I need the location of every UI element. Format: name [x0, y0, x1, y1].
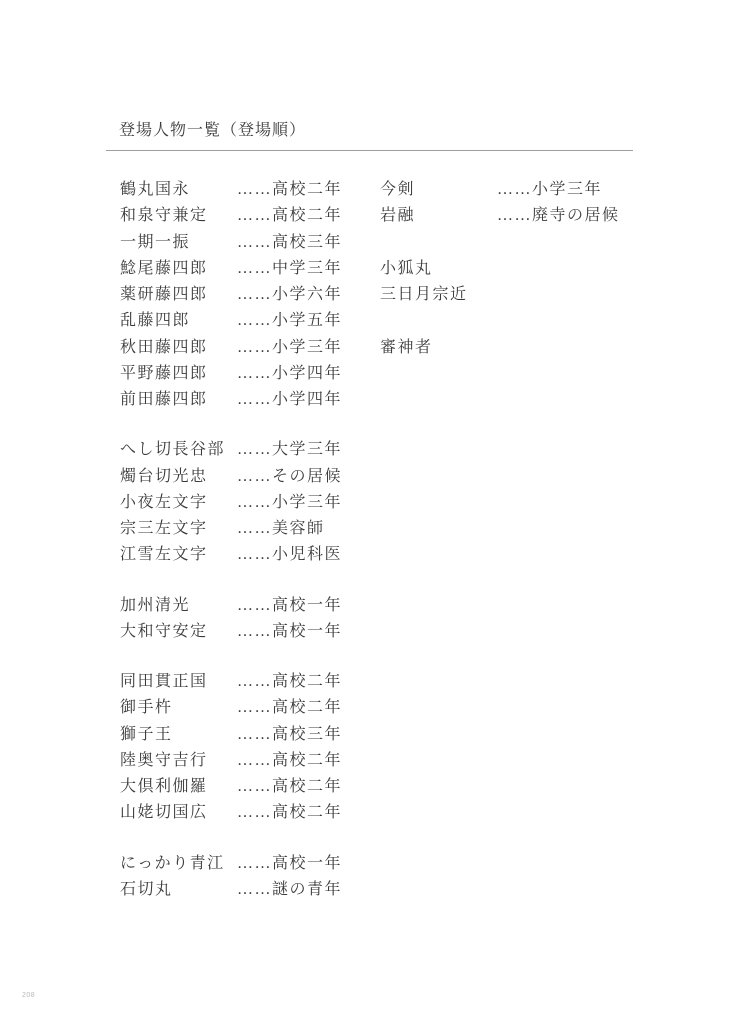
character-row: 大和守安定……高校一年: [120, 619, 370, 645]
character-name: 江雪左文字: [120, 542, 237, 568]
character-row: 平野藤四郎……小学四年: [120, 361, 370, 387]
character-role: ……高校二年: [237, 695, 342, 721]
character-name: 和泉守兼定: [120, 203, 237, 229]
character-row: 江雪左文字……小児科医: [120, 542, 370, 568]
character-role: ……高校二年: [237, 177, 342, 203]
character-role: ……高校二年: [237, 800, 342, 826]
character-role: ……高校二年: [237, 669, 342, 695]
character-name: 同田貫正国: [120, 669, 237, 695]
character-name: 前田藤四郎: [120, 387, 237, 413]
character-row: 薬研藤四郎……小学六年: [120, 282, 370, 308]
character-group: へし切長谷部……大学三年燭台切光忠……その居候小夜左文字……小学三年宗三左文字……: [120, 437, 370, 568]
character-row: 三日月宗近: [380, 282, 630, 308]
character-row: 小狐丸: [380, 256, 630, 282]
character-group: 鶴丸国永……高校二年和泉守兼定……高校二年一期一振……高校三年鯰尾藤四郎……中学…: [120, 177, 370, 413]
character-name: 審神者: [380, 335, 497, 361]
character-name: 小狐丸: [380, 256, 497, 282]
character-row: 大倶利伽羅……高校二年: [120, 774, 370, 800]
character-group: 同田貫正国……高校二年御手杵……高校二年獅子王……高校三年陸奥守吉行……高校二年…: [120, 669, 370, 827]
character-name: 岩融: [380, 203, 497, 229]
character-role: ……美容師: [237, 516, 325, 542]
character-role: ……小学三年: [497, 177, 602, 203]
character-role: ……高校一年: [237, 619, 342, 645]
character-row: 加州清光……高校一年: [120, 593, 370, 619]
character-role: ……高校二年: [237, 203, 342, 229]
row-spacer: [380, 230, 630, 256]
page-number: 208: [22, 992, 35, 999]
character-name: 獅子王: [120, 722, 237, 748]
character-name: 燭台切光忠: [120, 464, 237, 490]
character-row: 宗三左文字……美容師: [120, 516, 370, 542]
character-row: 秋田藤四郎……小学三年: [120, 335, 370, 361]
character-name: 今剣: [380, 177, 497, 203]
character-column-left: 鶴丸国永……高校二年和泉守兼定……高校二年一期一振……高校三年鯰尾藤四郎……中学…: [120, 177, 370, 903]
character-name: 小夜左文字: [120, 490, 237, 516]
character-role: ……高校三年: [237, 230, 342, 256]
character-name: 一期一振: [120, 230, 237, 256]
character-row: 石切丸……謎の青年: [120, 877, 370, 903]
character-row: 審神者: [380, 335, 630, 361]
character-role: ……小学四年: [237, 387, 342, 413]
character-name: 秋田藤四郎: [120, 335, 237, 361]
character-row: 同田貫正国……高校二年: [120, 669, 370, 695]
character-name: 山姥切国広: [120, 800, 237, 826]
character-group: にっかり青江……高校一年石切丸……謎の青年: [120, 851, 370, 904]
character-name: 三日月宗近: [380, 282, 497, 308]
character-role: ……小学四年: [237, 361, 342, 387]
page-title: 登場人物一覧（登場順）: [119, 121, 306, 141]
character-row: 乱藤四郎……小学五年: [120, 308, 370, 334]
character-role: ……廃寺の居候: [497, 203, 620, 229]
character-role: ……高校一年: [237, 593, 342, 619]
character-role: ……小学五年: [237, 308, 342, 334]
character-row: 獅子王……高校三年: [120, 722, 370, 748]
character-role: ……小学六年: [237, 282, 342, 308]
character-row: 岩融……廃寺の居候: [380, 203, 630, 229]
character-role: ……中学三年: [237, 256, 342, 282]
character-name: 加州清光: [120, 593, 237, 619]
character-role: ……小学三年: [237, 490, 342, 516]
character-row: にっかり青江……高校一年: [120, 851, 370, 877]
character-role: ……その居候: [237, 464, 342, 490]
character-name: 陸奥守吉行: [120, 748, 237, 774]
character-row: 燭台切光忠……その居候: [120, 464, 370, 490]
character-role: ……小学三年: [237, 335, 342, 361]
character-name: 大和守安定: [120, 619, 237, 645]
character-row: 山姥切国広……高校二年: [120, 800, 370, 826]
title-divider: [106, 150, 633, 151]
character-name: にっかり青江: [120, 851, 237, 877]
character-name: 御手杵: [120, 695, 237, 721]
character-name: 薬研藤四郎: [120, 282, 237, 308]
character-row: 鶴丸国永……高校二年: [120, 177, 370, 203]
character-role: ……高校三年: [237, 722, 342, 748]
document-page: 登場人物一覧（登場順） 鶴丸国永……高校二年和泉守兼定……高校二年一期一振……高…: [0, 0, 739, 1024]
character-name: 石切丸: [120, 877, 237, 903]
row-spacer: [380, 308, 630, 334]
character-row: 御手杵……高校二年: [120, 695, 370, 721]
character-row: 前田藤四郎……小学四年: [120, 387, 370, 413]
character-role: ……高校二年: [237, 748, 342, 774]
character-name: 平野藤四郎: [120, 361, 237, 387]
character-row: 陸奥守吉行……高校二年: [120, 748, 370, 774]
character-role: ……小児科医: [237, 542, 342, 568]
character-row: 小夜左文字……小学三年: [120, 490, 370, 516]
character-name: 鯰尾藤四郎: [120, 256, 237, 282]
character-group: 加州清光……高校一年大和守安定……高校一年: [120, 593, 370, 646]
character-role: ……大学三年: [237, 437, 342, 463]
character-row: 和泉守兼定……高校二年: [120, 203, 370, 229]
character-name: 大倶利伽羅: [120, 774, 237, 800]
character-name: 宗三左文字: [120, 516, 237, 542]
character-row: 鯰尾藤四郎……中学三年: [120, 256, 370, 282]
character-name: へし切長谷部: [120, 437, 237, 463]
character-role: ……高校二年: [237, 774, 342, 800]
character-row: へし切長谷部……大学三年: [120, 437, 370, 463]
character-role: ……高校一年: [237, 851, 342, 877]
character-name: 鶴丸国永: [120, 177, 237, 203]
character-row: 今剣……小学三年: [380, 177, 630, 203]
character-name: 乱藤四郎: [120, 308, 237, 334]
character-column-right: 今剣……小学三年岩融……廃寺の居候小狐丸三日月宗近審神者: [380, 177, 630, 361]
character-role: ……謎の青年: [237, 877, 342, 903]
character-row: 一期一振……高校三年: [120, 230, 370, 256]
